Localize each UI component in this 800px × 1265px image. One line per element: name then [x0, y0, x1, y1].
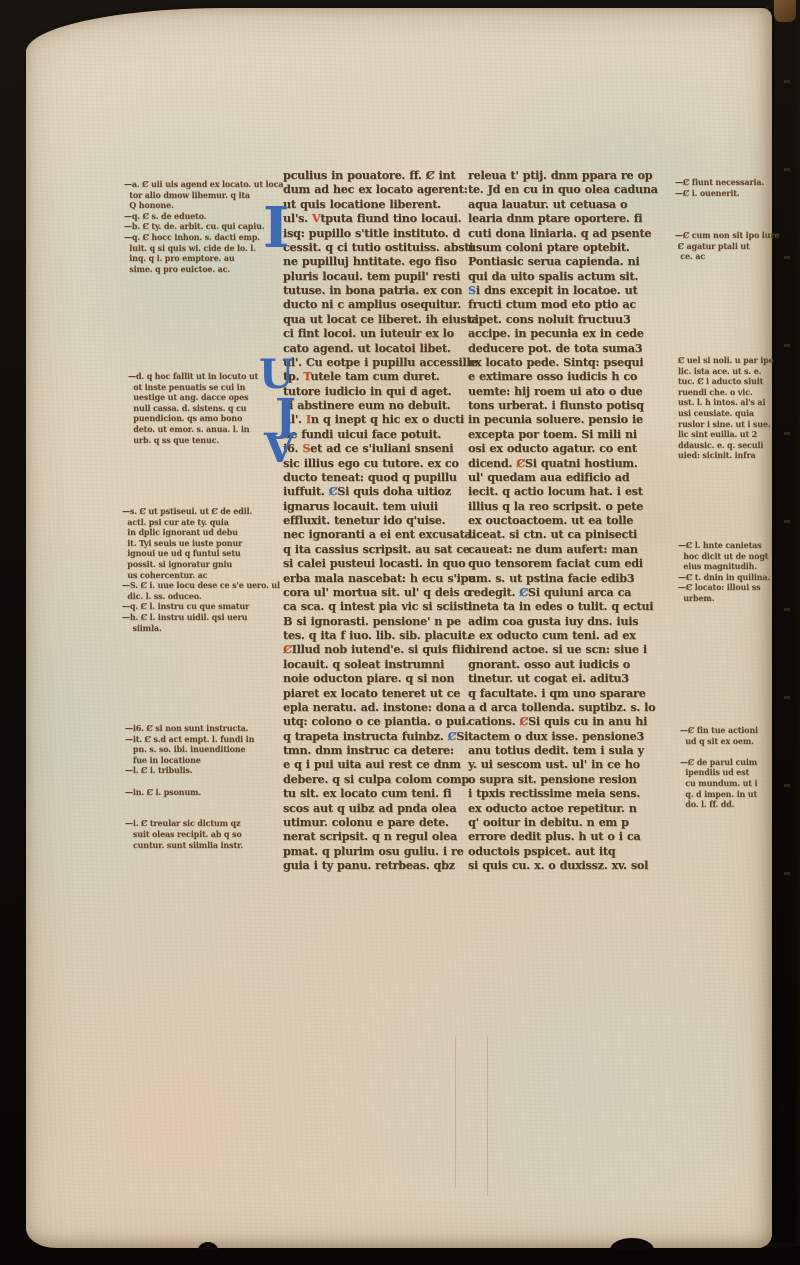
text-line: q facultate. i qm uno sparare — [468, 686, 669, 700]
gloss-line: urbem. — [678, 593, 778, 604]
red-paragraph-mark: Ȼ — [283, 642, 292, 656]
red-initial-letter: S — [302, 441, 310, 455]
text-line: tutuse. in bona patria. ex con — [283, 283, 460, 297]
blue-paragraph-mark: Ȼ — [329, 484, 338, 498]
gloss-note-left: —a. Ȼ uii uis agend ex locato. ut loca t… — [124, 179, 274, 274]
gloss-note-right: —Ȼ cum non sit ipo iure Ȼ agatur ptali u… — [675, 230, 785, 262]
text-line: hirend actoe. si ue scn: siue i — [468, 642, 669, 656]
illuminated-initial: I — [263, 200, 289, 256]
gloss-line: —h. Ȼ l. instru uidil. qsi ueru — [122, 612, 272, 623]
ruling-line — [487, 1036, 488, 1196]
text-line: si abstinere eum no debuit. — [283, 398, 460, 412]
gloss-line: ce. ac — [675, 251, 785, 262]
text-line: accipe. in pecunia ex in cede — [468, 326, 669, 340]
gloss-line: cuntur. sunt siimlia instr. — [125, 840, 275, 851]
text-line: tp. Tutele tam cum duret. — [283, 369, 460, 383]
gloss-line: —it. Ȼ s.d act empt. l. fundi in — [125, 734, 275, 745]
gloss-line: inq. q i. pro emptore. au — [124, 253, 274, 264]
main-text-column-left: pculius in pouatore. ff. Ȼ intdum ad hec… — [283, 168, 460, 872]
gloss-line: pn. s. so. ibi. inuenditione — [125, 744, 275, 755]
gloss-line: siimla. — [122, 623, 272, 634]
text-line: fructi ctum mod eto ptio ac — [468, 297, 669, 311]
text-line: tmn. dnm instruc ca detere: — [283, 743, 460, 757]
gloss-note-right: —Ȼ fiunt necessaria.—Ȼ i. ouenerit. — [675, 177, 785, 198]
gloss-line: —Ȼ locato: illoui ss — [678, 582, 778, 593]
gloss-line: —b. Ȼ ty. de. arbit. cu. qui capiu. — [124, 221, 274, 232]
text-line: isq: pupillo s'title instituto. d — [283, 226, 460, 240]
gloss-line: ot inste penuatis se cui in — [128, 382, 274, 393]
text-line: adim coa gusta iuy dns. iuis — [468, 614, 669, 628]
gloss-note-right: Ȼ uel si noli. u par ipelic. ista ace. u… — [678, 355, 778, 461]
text-line: qua ut locat ce liberet. ih eiusta — [283, 312, 460, 326]
text-line: oductois pspicet. aut itq — [468, 844, 669, 858]
gloss-line: urb. q ss que tenuc. — [128, 435, 274, 446]
gloss-line — [125, 776, 275, 787]
gloss-line: q. d impen. in ut — [680, 789, 780, 800]
gloss-line: —l. Ȼ i. tribulis. — [125, 765, 275, 776]
gloss-line: it. Tyi seuis ue iuste ponur — [122, 538, 272, 549]
gloss-line: usi ceusiate. quia — [678, 408, 778, 419]
text-line: anu totius dedit. tem i sula y — [468, 743, 669, 757]
gloss-line: —Ȼ fiunt necessaria. — [675, 177, 785, 188]
text-line: ul' quedam aua edificio ad — [468, 470, 669, 484]
gloss-line: —Ȼ de parul cuim — [680, 757, 780, 768]
gloss-line: —a. Ȼ uii uis agend ex locato. ut loca — [124, 179, 274, 190]
red-initial-letter: T — [303, 369, 310, 383]
illuminated-initial: V — [264, 429, 295, 469]
text-line: effluxit. tenetur ido q'uise. — [283, 513, 460, 527]
text-line: e ex oducto cum teni. ad ex — [468, 628, 669, 642]
text-line: tutore iudicio in qui d aget. — [283, 384, 460, 398]
gloss-line: luit. q si quis wi. cide de lo. l. — [124, 243, 274, 254]
text-line: scos aut q uibz ad pnda olea — [283, 801, 460, 815]
text-line: ducto teneat: quod q pupillu — [283, 470, 460, 484]
gloss-line: ddausic. e. q. seculi — [678, 440, 778, 451]
text-line: debere. q si culpa colom comp — [283, 772, 460, 786]
text-line: cato agend. ut locatoi libet. — [283, 341, 460, 355]
gloss-line: —i6. Ȼ si non sunt instructa. — [125, 723, 275, 734]
gloss-line: —s. Ȼ ut pstiseui. ut Ȼ de edil. — [122, 506, 272, 517]
gloss-line: Ȼ agatur ptali ut — [675, 241, 785, 252]
text-line: cora ul' mortua sit. ul' q deis o — [283, 585, 460, 599]
main-text-column-right: releua t' ptij. dnm ppara re opte. Jd en… — [468, 168, 669, 872]
text-line: ignarus locauit. tem uiuii — [283, 499, 460, 513]
gloss-line: us cohercentur. ac — [122, 570, 272, 581]
text-line: learia dnm ptare oportere. fi — [468, 211, 669, 225]
gloss-line: ignoui ue ud q funtul setu — [122, 548, 272, 559]
gloss-line: ruendi che. o vic. — [678, 387, 778, 398]
text-line: o supra sit. pensione resion — [468, 772, 669, 786]
text-line: errore dedit plus. h ut o i ca — [468, 829, 669, 843]
illuminated-initial: U — [259, 355, 294, 395]
gloss-line: suit oleas recipit. ab q so — [125, 829, 275, 840]
text-line: utimur. colonu e pare dete. — [283, 815, 460, 829]
text-line: redegit. ȻSi quiuni arca ca — [468, 585, 669, 599]
gloss-note-right: —Ȼ l. hnte canietas hoc dicit ut de nogt… — [678, 540, 778, 604]
text-line: pculius in pouatore. ff. Ȼ int — [283, 168, 460, 182]
gloss-line: lic sint euilla. ut 2 — [678, 429, 778, 440]
text-line: ex oducto actoe repetitur. n — [468, 801, 669, 815]
text-line: si quis cu. x. o duxissz. xv. sol — [468, 858, 669, 872]
gloss-line: Q honone. — [124, 200, 274, 211]
gloss-line: dic. l. ss. oduceo. — [122, 591, 272, 602]
red-initial-letter: V — [312, 211, 320, 225]
text-line: ex ouctoactoem. ut ea tolle — [468, 513, 669, 527]
text-line: tactem o dux isse. pensione3 — [468, 729, 669, 743]
gloss-line — [680, 746, 780, 757]
text-line: y. ui sescom ust. ul' in ce ho — [468, 757, 669, 771]
text-line: caueat: ne dum aufert: man — [468, 542, 669, 556]
blue-initial-letter: S — [468, 283, 476, 297]
gloss-line: possit. si ignoratur gniu — [122, 559, 272, 570]
gloss-line: —Ȼ i. ouenerit. — [675, 188, 785, 199]
gloss-line: eius magnitudih. — [678, 561, 778, 572]
gloss-line: deto. ut emor. s. anua. l. in — [128, 424, 274, 435]
text-line: q ita cassius scripsit. au sat ce — [283, 542, 460, 556]
gloss-line: ipendiis ud est — [680, 767, 780, 778]
text-line: ne pupilluj hntitate. ego fiso — [283, 254, 460, 268]
gloss-line — [125, 808, 275, 819]
text-line: releua t' ptij. dnm ppara re op — [468, 168, 669, 182]
gloss-line: ud q sit ex oem. — [680, 736, 780, 747]
text-line: B si ignorasti. pensione' n pe — [283, 614, 460, 628]
gloss-line: do. l. ff. dd. — [680, 799, 780, 810]
text-line: nec ignoranti a ei ent excusata. — [283, 527, 460, 541]
gloss-line: uied: sicinit. infra — [678, 450, 778, 461]
text-line: gnorant. osso aut iudicis o — [468, 657, 669, 671]
text-line: dum ad hec ex locato agerent: — [283, 182, 460, 196]
gloss-line: lic. ista ace. ut s. e. — [678, 366, 778, 377]
text-line: pmat. q plurim osu guliu. i re — [283, 844, 460, 858]
text-line: tons urberat. i fiunsto potisq — [468, 398, 669, 412]
gloss-line: sime. q pro euictoe. ac. — [124, 264, 274, 275]
text-line: um. s. ut pstina facie edib3 — [468, 571, 669, 585]
text-line: guia i ty panu. retrbeas. qbz — [283, 858, 460, 872]
binding-tab — [774, 0, 796, 22]
text-line: Pontiasic serua capienda. ni — [468, 254, 669, 268]
text-line: noie oducton piare. q si non — [283, 671, 460, 685]
text-line: illius q la reo scripsit. o pete — [468, 499, 669, 513]
gloss-note-right: —Ȼ fin tue actioni ud q sit ex oem. —Ȼ d… — [680, 725, 780, 810]
text-line: q trapeta instructa fuinbz. ȻSi — [283, 729, 460, 743]
text-line: Si dns excepit in locatoe. ut — [468, 283, 669, 297]
text-line: erba mala nascebat: h ecu s'ipe — [283, 571, 460, 585]
gloss-line: hoc dicit ut de nogt — [678, 551, 778, 562]
text-line: liceat. si ctn. ut ca pinisecti — [468, 527, 669, 541]
text-line: locauit. q soleat instrumni — [283, 657, 460, 671]
blue-paragraph-mark: Ȼ — [448, 729, 457, 743]
text-line: ducto ni c amplius osequitur. — [283, 297, 460, 311]
red-initial-letter: I — [306, 412, 311, 426]
text-line: utq: colono o ce piantia. o pui. — [283, 714, 460, 728]
text-line: osi ex oducto agatur. co ent — [468, 441, 669, 455]
gloss-line: —q. Ȼ l. instru cu que smatur — [122, 601, 272, 612]
gloss-line: —Ȼ cum non sit ipo iure — [675, 230, 785, 241]
text-line: ul'. Cu eotpe i pupillu accessille — [283, 355, 460, 369]
gloss-line: null cassa. d. sistens. q cu — [128, 403, 274, 414]
text-line: uemte: hij roem ui ato o due — [468, 384, 669, 398]
gloss-line: fue in locatione — [125, 755, 275, 766]
text-line: ci fint locoi. un iuteuir ex lo — [283, 326, 460, 340]
gloss-note-left: —d. q hoc fallit ut in locuto ut ot inst… — [128, 371, 274, 445]
text-line: i tpxis rectissime meia sens. — [468, 786, 669, 800]
text-line: deducere pot. de tota suma3 — [468, 341, 669, 355]
text-line: e extimare osso iudicis h co — [468, 369, 669, 383]
text-line: e q i pui uita aui rest ce dnm — [283, 757, 460, 771]
gloss-line: —Ȼ fin tue actioni — [680, 725, 780, 736]
gloss-line: in dplic ignorant ud debu — [122, 527, 272, 538]
text-line: i6. Set ad ce s'iuliani snseni — [283, 441, 460, 455]
text-line: q' ooitur in debitu. n em p — [468, 815, 669, 829]
gloss-line: —q. Ȼ s. de edueto. — [124, 211, 274, 222]
text-line: ul'. In q inept q hic ex o ducti — [283, 412, 460, 426]
text-line: te. Jd en cu in quo olea caduna — [468, 182, 669, 196]
gloss-note-left: —i6. Ȼ si non sunt instructa.—it. Ȼ s.d … — [125, 723, 275, 850]
text-line: ex locato pede. Sintq: psequi — [468, 355, 669, 369]
text-line: si calei pusteui locasti. in quo — [283, 556, 460, 570]
gloss-line: —in. Ȼ i. psonum. — [125, 787, 275, 798]
text-line: iecit. q actio locum hat. i est — [468, 484, 669, 498]
gloss-line: actl. psi cur ate ty. quia — [122, 517, 272, 528]
red-paragraph-mark: Ȼ — [519, 714, 528, 728]
gloss-line: tuc. Ȼ i aducto siuit — [678, 376, 778, 387]
text-line: tu sit. ex locato cum teni. fi — [283, 786, 460, 800]
text-line: piaret ex locato teneret ut ce — [283, 686, 460, 700]
gloss-line: —Ȼ l. hnte canietas — [678, 540, 778, 551]
gloss-line: —S. Ȼ i. uue locu dese ce s'e uero. ul — [122, 580, 272, 591]
text-line: nerat scripsit. q n regul olea — [283, 829, 460, 843]
text-line: ca sca. q intest pia vic si sciisti. — [283, 599, 460, 613]
gloss-line: Ȼ uel si noli. u par ipe — [678, 355, 778, 366]
fore-edge-marks — [784, 80, 790, 940]
text-line: oe fundi uicui face potuit. — [283, 427, 460, 441]
text-line: qui da uito spalis actum sit. — [468, 269, 669, 283]
text-line: quo tensorem faciat cum edi — [468, 556, 669, 570]
gloss-line: cu mundum. ut i — [680, 778, 780, 789]
text-line: cipet. cons noluit fructuu3 — [468, 312, 669, 326]
text-line: ul's. Vtputa fiund tino locaui. — [283, 211, 460, 225]
ruling-line — [455, 1036, 456, 1188]
gloss-note-left: —s. Ȼ ut pstiseui. ut Ȼ de edil. actl. p… — [122, 506, 272, 633]
text-line: sic illius ego cu tutore. ex co — [283, 456, 460, 470]
text-line: cuti dona liniaria. q ad psente — [468, 226, 669, 240]
text-line: aqua lauatur. ut cetuasa o — [468, 197, 669, 211]
gloss-line: —q. Ȼ hocc inhon. s. dacti emp. — [124, 232, 274, 243]
blue-paragraph-mark: Ȼ — [519, 585, 528, 599]
gloss-line: ruslor i sine. ut i sue. — [678, 419, 778, 430]
text-line: ut quis locatione liberent. — [283, 197, 460, 211]
red-paragraph-mark: Ȼ — [516, 456, 525, 470]
gloss-line: —i. Ȼ treular sic dictum qz — [125, 818, 275, 829]
text-line: pluris locaui. tem pupil' resti — [283, 269, 460, 283]
text-line: tes. q ita f iuo. lib. sib. placuit. — [283, 628, 460, 642]
gloss-line: puendicion. qs amo bono — [128, 413, 274, 424]
text-line: in pecunia soluere. pensio ie — [468, 412, 669, 426]
text-line: usum coloni ptare optebit. — [468, 240, 669, 254]
text-line: epla neratu. ad. instone: dona — [283, 700, 460, 714]
text-line: dicend. ȻSi quatni hostium. — [468, 456, 669, 470]
text-line: cessit. q ci tutio ostituiss. absti — [283, 240, 460, 254]
gloss-line: tor alio dmow libemur. q ita — [124, 190, 274, 201]
text-line: ȻIllud nob iutend'e. si quis fiid — [283, 642, 460, 656]
text-line: a d arca tollenda. suptibz. s. lo — [468, 700, 669, 714]
gloss-line: —d. q hoc fallit ut in locuto ut — [128, 371, 274, 382]
text-line: tinetur. ut cogat ei. aditu3 — [468, 671, 669, 685]
gloss-line: uestige ut ang. dacce opes — [128, 392, 274, 403]
gloss-line — [125, 797, 275, 808]
gloss-line: —Ȼ t. dnin in quilina. — [678, 572, 778, 583]
text-line: iuffuit. ȻSi quis doha uitioz — [283, 484, 460, 498]
manuscript-photo: pculius in pouatore. ff. Ȼ intdum ad hec… — [0, 0, 800, 1265]
text-line: cations. ȻSi quis cu in anu hi — [468, 714, 669, 728]
text-line: excepta por toem. Si mili ni — [468, 427, 669, 441]
gloss-line: ust. l. h intos. al's ai — [678, 397, 778, 408]
text-line: ineta ta in edes o tulit. q ectui — [468, 599, 669, 613]
